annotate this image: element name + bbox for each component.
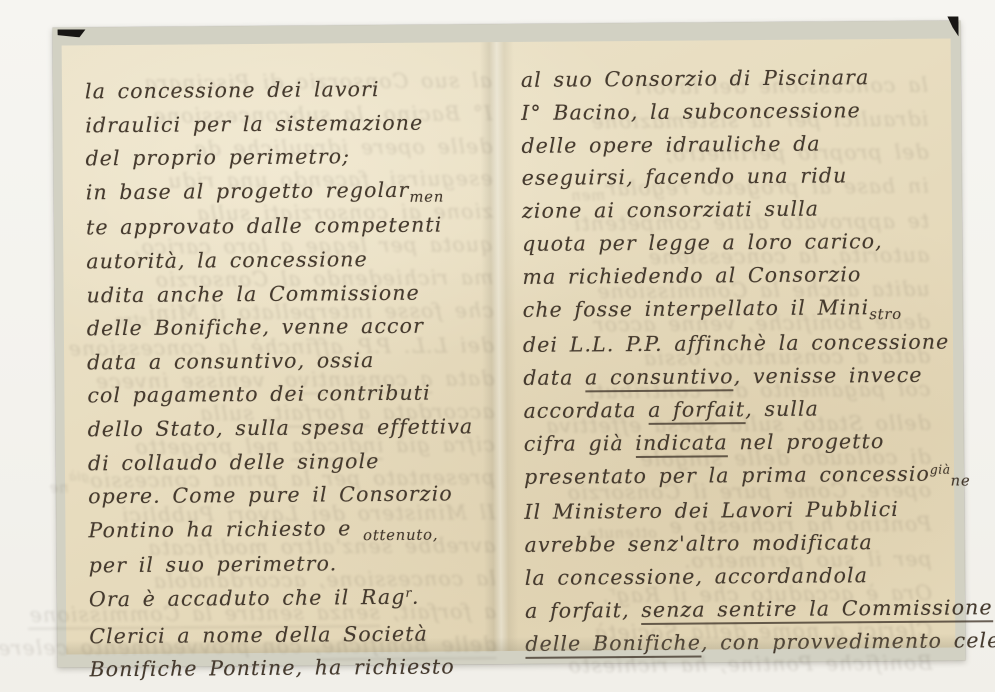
handwritten-line: I° Bacino, la subconcessione	[521, 93, 959, 129]
handwritten-line: data a consuntivo, ossia	[87, 343, 499, 380]
text-segment: Pontino ha richiesto e	[88, 516, 363, 542]
handwritten-line: dei L.L. P.P. affinchè la concessione	[523, 326, 961, 362]
text-segment-tail: stro	[869, 306, 902, 323]
handwritten-line: dello Stato, sulla spesa effettiva	[88, 410, 500, 447]
right-page: al suo Consorzio di Piscinara I° Bacino,…	[521, 60, 964, 660]
handwritten-line: di collaudo delle singole	[88, 444, 500, 481]
handwritten-line: data a consuntivo, venisse invece	[523, 359, 961, 395]
letter-scan: la concessione dei lavori idraulici per …	[0, 0, 995, 692]
handwritten-line: eseguirsi, facendo una ridu	[522, 159, 960, 195]
text-segment: , venisse invece	[734, 363, 923, 388]
handwritten-line: per il suo perimetro.	[89, 546, 501, 583]
handwritten-line: Bonifiche Pontine, ha richiesto	[89, 650, 501, 687]
text-segment-tail: ne	[951, 473, 971, 490]
underlined-text: indicata	[635, 430, 728, 458]
handwritten-line: delle Bonifiche, venne accor	[87, 309, 499, 346]
handwritten-line: cifra già indicata nel progetto	[524, 424, 962, 460]
handwritten-line: del proprio perimetro;	[85, 139, 497, 176]
handwritten-line: Clerici a nome della Società	[89, 617, 501, 654]
handwritten-line: in base al progetto regolarmen	[86, 173, 498, 212]
handwritten-line: delle Bonifiche, con provvedimento celer…	[525, 624, 963, 660]
text-segment: che fosse interpellato il Mini	[523, 295, 870, 322]
text-segment: cifra già	[524, 431, 636, 456]
text-segment: accordata	[523, 398, 648, 423]
handwritten-line: avrebbe senz'altro modificata	[524, 526, 962, 562]
underlined-text: a consuntivo	[585, 364, 734, 392]
handwritten-line: Ora è accaduto che il Ragr.	[89, 580, 501, 620]
handwritten-line: che fosse interpellato il Ministro	[523, 290, 961, 329]
handwritten-line: presentato per la prima concessiogiàne	[524, 457, 962, 496]
handwritten-line: al suo Consorzio di Piscinara	[521, 60, 959, 96]
underlined-text: a forfait	[648, 397, 745, 425]
handwritten-line: la concessione dei lavori	[85, 72, 497, 109]
text-segment: data	[523, 366, 585, 390]
handwritten-line: te approvato dalle competenti	[86, 208, 498, 245]
superscript-text: già	[930, 462, 951, 476]
handwritten-line: accordata a forfait, sulla	[523, 391, 961, 427]
underlined-text: senza sentire la Commissione	[641, 595, 993, 625]
handwritten-line: idraulici per la sistemazione	[85, 106, 497, 143]
handwritten-line: autorità, la concessione	[86, 242, 498, 279]
handwritten-line: ma richiedendo al Consorzio	[522, 257, 960, 293]
text-segment: , con provvedimento celere.	[701, 627, 995, 654]
handwritten-line: delle opere idrauliche da	[521, 126, 959, 162]
text-segment: Ora è accaduto che il Rag	[89, 585, 406, 611]
handwritten-line: udita anche la Commissione	[86, 276, 498, 313]
mount-corner-top-left-mark	[58, 29, 86, 37]
text-segment-tail: men	[409, 189, 444, 206]
handwritten-line: opere. Come pure il Consorzio	[88, 477, 500, 514]
text-segment: , sulla	[745, 397, 819, 422]
underlined-text: delle Bonifiche	[525, 630, 701, 658]
handwritten-line: Il Ministero dei Lavori Pubblici	[524, 493, 962, 529]
text-segment: a forfait,	[525, 598, 641, 623]
paper-sheet: la concessione dei lavori idraulici per …	[62, 39, 956, 655]
mount-corner-top-right-mark	[945, 16, 958, 36]
left-page: la concessione dei lavori idraulici per …	[85, 72, 502, 687]
text-segment-tail: ottenuto,	[363, 527, 438, 545]
superscript-text: r	[405, 586, 412, 600]
text-segment: in base al progetto regolar	[86, 178, 410, 205]
handwritten-line: Pontino ha richiesto e ottenuto,	[88, 511, 500, 550]
handwritten-line: col pagamento dei contributi	[87, 376, 499, 413]
text-segment: presentato per la prima concessio	[524, 461, 930, 488]
text-segment: nel progetto	[728, 429, 885, 454]
handwritten-line: zione ai consorziati sulla	[522, 192, 960, 228]
text-segment: .	[412, 585, 420, 609]
handwritten-line: a forfait, senza sentire la Commissione	[525, 591, 963, 627]
letter-paper: la concessione dei lavori idraulici per …	[53, 20, 966, 667]
handwritten-line: quota per legge a loro carico,	[522, 224, 960, 260]
handwritten-line: la concessione, accordandola	[525, 558, 963, 594]
